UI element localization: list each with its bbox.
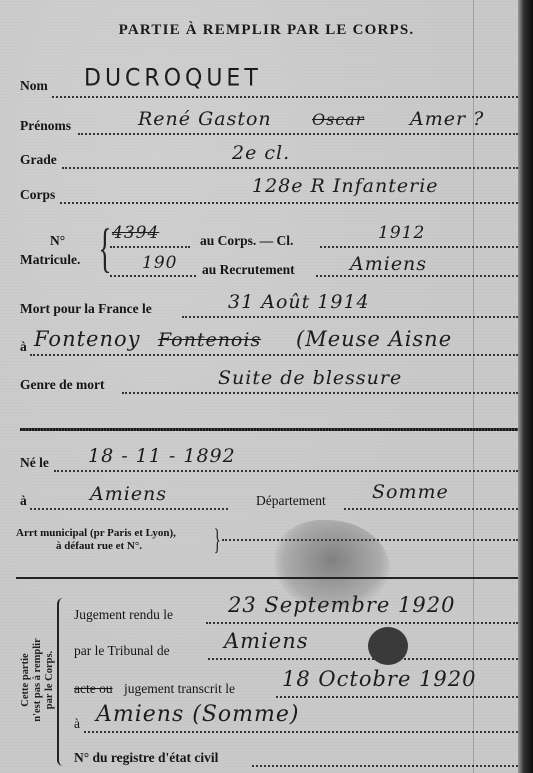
field-transcrit: acte ou jugement transcrit le 18 Octobre… [0, 675, 518, 699]
genre-mort-label: Genre de mort [20, 377, 104, 393]
arrondissement-brace: } [214, 525, 221, 555]
tribunal-value: Amiens [224, 629, 309, 653]
jugement-rendu-line [206, 622, 518, 624]
matricule-recrutement-label: au Recrutement [202, 262, 295, 278]
field-corps: Corps 128e R Infanterie [0, 181, 518, 205]
matricule-corps-value: 4394 [112, 223, 159, 243]
genre-mort-line [122, 392, 518, 394]
grade-value: 2e cl. [232, 142, 290, 164]
prenoms-struck-value: Oscar [312, 110, 364, 129]
transcrit-label: jugement transcrit le [124, 681, 235, 697]
tribunal-label: par le Tribunal de [74, 643, 170, 659]
mort-value: 31 Août 1914 [228, 291, 370, 313]
field-grade: Grade 2e cl. [0, 146, 518, 170]
field-ne-a: à Amiens Département Somme [0, 487, 518, 511]
jugement-divider [16, 577, 518, 579]
corps-line [60, 202, 518, 204]
matricule-classe-value: 1912 [378, 223, 425, 243]
matricule-recrutement-place: Amiens [350, 253, 427, 275]
field-jugement-rendu: Jugement rendu le 23 Septembre 1920 [0, 601, 518, 625]
lieu-mort-value: Fontenoy [34, 327, 141, 351]
ne-le-value: 18 - 11 - 1892 [88, 445, 236, 467]
lieu-mort-value-after: (Meuse Aisne [296, 327, 452, 351]
lieu-mort-line [30, 354, 518, 356]
tribunal-line [208, 658, 518, 660]
prenoms-value: René Gaston [138, 108, 272, 130]
transcrit-lieu-label: à [74, 716, 80, 732]
jugement-rendu-label: Jugement rendu le [74, 607, 173, 623]
corps-value: 128e R Infanterie [252, 175, 439, 197]
field-matricule: N° Matricule. { 4394 au Corps. — Cl. 191… [0, 225, 518, 287]
prenoms-label: Prénoms [20, 118, 71, 134]
field-registre: N° du registre d'état civil [0, 746, 518, 770]
section-divider [20, 428, 518, 431]
ink-blot [368, 627, 408, 665]
ne-le-label: Né le [20, 455, 49, 471]
matricule-place-line [316, 275, 518, 277]
lieu-mort-struck-value: Fontenois [158, 329, 261, 351]
nom-label: Nom [20, 78, 48, 94]
arrondissement-label-line2: à défaut rue et N°. [56, 540, 142, 552]
nom-value: DUCROQUET [84, 65, 262, 93]
prenoms-value-after: Amer ? [410, 108, 484, 130]
field-lieu-mort: à Fontenoy Fontenois (Meuse Aisne [0, 333, 518, 357]
matricule-corps-label: au Corps. — Cl. [200, 233, 293, 249]
mort-label: Mort pour la France le [20, 301, 152, 317]
transcrit-line [276, 696, 518, 698]
mort-line [182, 316, 518, 318]
matricule-label-top: N° [50, 233, 65, 249]
registre-line [252, 765, 518, 767]
form-title: PARTIE À REMPLIR PAR LE CORPS. [0, 22, 533, 39]
matricule-label-bottom: Matricule. [20, 252, 80, 268]
transcrit-value: 18 Octobre 1920 [282, 667, 476, 691]
corps-label: Corps [20, 187, 55, 203]
ne-a-value: Amiens [90, 483, 167, 505]
ne-le-line [54, 470, 518, 472]
transcrit-lieu-line [84, 731, 518, 733]
ne-a-label: à [20, 493, 27, 509]
jugement-rendu-value: 23 Septembre 1920 [228, 593, 455, 617]
field-mort: Mort pour la France le 31 Août 1914 [0, 295, 518, 319]
matricule-classe-line [320, 246, 518, 248]
field-arrondissement: Arrt municipal (pr Paris et Lyon), à déf… [0, 525, 518, 561]
grade-line [62, 167, 518, 169]
grade-label: Grade [20, 152, 57, 168]
departement-label: Département [256, 493, 326, 509]
arrondissement-label-line1: Arrt municipal (pr Paris et Lyon), [16, 527, 176, 539]
nom-line [52, 96, 518, 98]
transcrit-lieu-value: Amiens (Somme) [96, 702, 299, 727]
lieu-mort-label: à [20, 339, 27, 355]
matricule-corps-line [110, 246, 190, 248]
field-ne-le: Né le 18 - 11 - 1892 [0, 449, 518, 473]
field-nom: Nom DUCROQUET [0, 72, 518, 96]
registre-label: N° du registre d'état civil [74, 750, 218, 766]
field-tribunal: par le Tribunal de Amiens [0, 637, 518, 661]
transcrit-struck-label: acte ou [74, 681, 113, 697]
prenoms-line [78, 133, 518, 135]
matricule-recrutement-line [110, 275, 196, 277]
matricule-brace: { [98, 221, 111, 275]
field-genre-mort: Genre de mort Suite de blessure [0, 371, 518, 395]
page-edge [518, 0, 533, 773]
departement-line [344, 508, 518, 510]
ne-a-line [30, 508, 228, 510]
matricule-recrutement-value: 190 [142, 253, 177, 273]
genre-mort-value: Suite de blessure [218, 367, 402, 389]
field-transcrit-lieu: à Amiens (Somme) [0, 710, 518, 734]
field-prenoms: Prénoms René Gaston Oscar Amer ? [0, 112, 518, 136]
departement-value: Somme [372, 481, 449, 503]
